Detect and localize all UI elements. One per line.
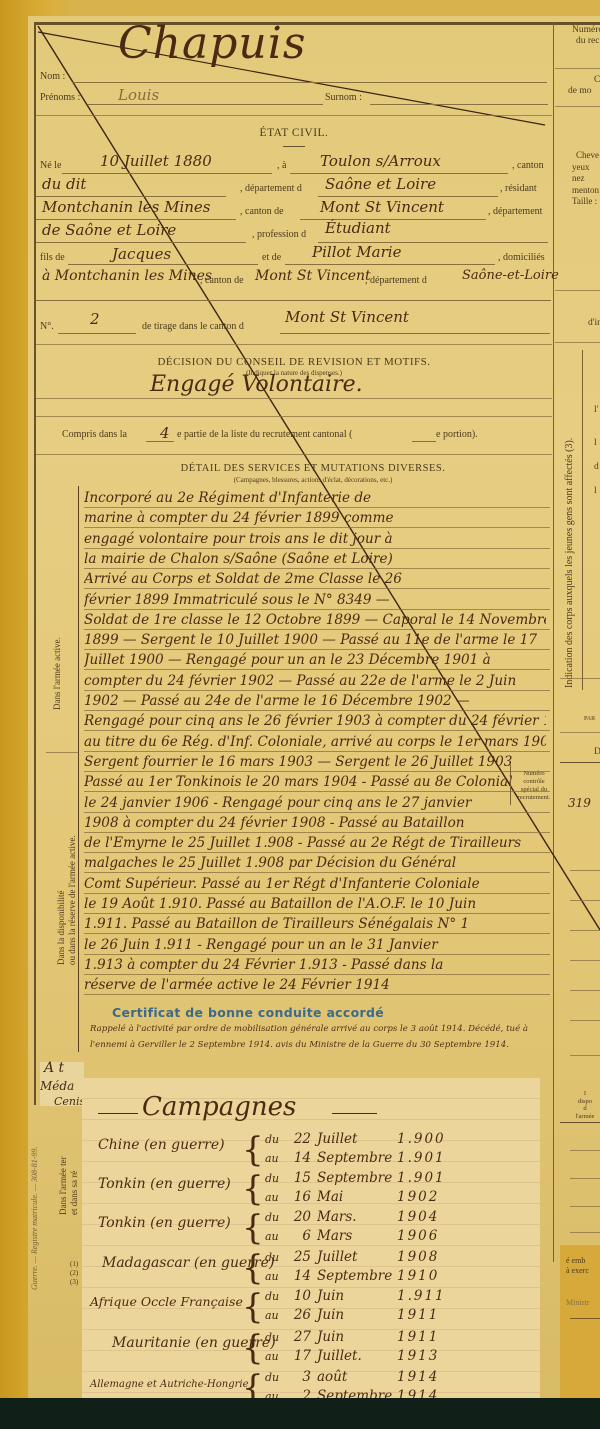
prenoms-value: Louis (118, 86, 159, 104)
service-line: au titre du 6e Rég. d'Inf. Coloniale, ar… (84, 732, 546, 752)
brace-icon: { (242, 1172, 264, 1206)
dark-background-edge (0, 1398, 600, 1429)
campaign-name: Allemagne et Autriche-Hongrie (90, 1379, 249, 1390)
service-line: de l'Emyrne le 25 Juillet 1.908 - Passé … (84, 833, 546, 853)
prenoms-label: Prénoms : (40, 92, 80, 103)
registry-print-mark: Guerre. — Registre matricule. — 308-81-9… (30, 1147, 39, 1290)
campaign-date-to: au16Mai1902 (265, 1189, 447, 1205)
service-line: la mairie de Chalon s/Saône (Saône et Lo… (84, 549, 546, 569)
service-line: Rengagé pour cinq ans le 26 février 1903… (84, 711, 546, 731)
disponibilite-label: I dispo d l'armée (565, 1090, 600, 1120)
service-line: Soldat de 1re classe le 12 Octobre 1899 … (84, 610, 546, 630)
service-line: engagé volontaire pour trois ans le dit … (84, 529, 546, 549)
service-line: 1899 — Sergent le 10 Juillet 1900 — Pass… (84, 630, 546, 650)
medal-fragment: Méda (40, 1079, 74, 1093)
campaign-name: Tonkin (en guerre) (98, 1215, 231, 1231)
service-line: le 26 Juin 1.911 - Rengagé pour un an le… (84, 935, 546, 955)
campaign-date-from: du27Juin1911 (265, 1329, 447, 1345)
campaign-date-from: du15Septembre1.901 (265, 1170, 447, 1186)
mother-name: Pillot Marie (312, 243, 401, 261)
birth-canton: du dit (42, 175, 86, 193)
tirage-number: 2 (90, 310, 100, 328)
service-line: Passé au 1er Tonkinois le 20 mars 1904 -… (84, 772, 546, 792)
campaign-date-to: au14Septembre1.901 (265, 1150, 447, 1166)
service-line: 1.913 à compter du 24 Février 1.913 - Pa… (84, 955, 546, 975)
mobilisation-note-2: l'ennemi à Gerviller le 2 Septembre 1914… (90, 1040, 509, 1050)
service-line: malgaches le 25 Juillet 1.908 par Décisi… (84, 853, 546, 873)
numero-controle-value: 319 (568, 796, 591, 810)
campaign-name: Chine (en guerre) (98, 1137, 225, 1153)
birth-date: 10 Juillet 1880 (100, 152, 212, 170)
father-name: Jacques (112, 245, 171, 263)
service-line: compter du 24 février 1902 — Passé au 22… (84, 671, 546, 691)
service-line: Comt Supérieur. Passé au 1er Régt d'Infa… (84, 874, 546, 894)
etat-civil-title: ÉTAT CIVIL. (36, 127, 552, 139)
service-line: réserve de l'armée active le 24 Février … (84, 975, 546, 995)
signalement: Cheve yeux nez menton Taille : (572, 150, 599, 208)
service-line: février 1899 Immatriculé sous le N° 8349… (84, 590, 546, 610)
campaign-name: Tonkin (en guerre) (98, 1176, 231, 1192)
service-line: 1.911. Passé au Bataillon de Tirailleurs… (84, 914, 546, 934)
compris-partie: 4 (160, 424, 170, 442)
margin-territoriale: Dans l'armée ter et dans sa ré (58, 1156, 80, 1215)
margin-reserve: Dans la disponibilité ou dans la réserve… (56, 835, 78, 965)
campaign-date-from: du10Juin1.911 (265, 1288, 447, 1304)
surnom-label: Surnom : (325, 92, 362, 103)
campaign-date-to: au14Septembre1910 (265, 1268, 447, 1284)
campaigns-title: Campagnes (142, 1092, 296, 1122)
numero-controle-label: Numéro contrôle spécial du recrutement. (512, 770, 556, 802)
service-line: Incorporé au 2e Régiment d'Infanterie de (84, 488, 546, 508)
service-line: Juillet 1900 — Rengagé pour un an le 23 … (84, 650, 546, 670)
margin-active: Dans l'armée active. (52, 637, 62, 710)
residence-departement: de Saône et Loire (42, 221, 176, 239)
campaign-date-from: du22Juillet1.900 (265, 1131, 447, 1147)
service-line: Arrivé au Corps et Soldat de 2me Classe … (84, 569, 546, 589)
nom-value: Chapuis (118, 18, 306, 69)
residence: Montchanin les Mines (42, 198, 211, 216)
campaigns-slip: Campagnes Chine (en guerre){du22Juillet1… (82, 1078, 540, 1414)
profession: Étudiant (325, 219, 391, 237)
campaign-date-from: du20Mars.1904 (265, 1209, 447, 1225)
mobilisation-note-1: Rappelé à l'activité par ordre de mobili… (90, 1024, 528, 1034)
campaign-name: Afrique Occle Française (90, 1294, 243, 1309)
campaign-date-to: au17Juillet.1913 (265, 1348, 447, 1364)
tirage-canton: Mont St Vincent (285, 308, 409, 326)
campaign-date-to: au26Juin1911 (265, 1307, 447, 1323)
campaign-date-from: du3août1914 (265, 1369, 447, 1385)
residence-canton: Mont St Vincent (320, 198, 444, 216)
brace-icon: { (242, 1251, 264, 1285)
services-title: DÉTAIL DES SERVICES ET MUTATIONS DIVERSE… (80, 463, 546, 474)
parents-domicile: à Montchanin les Mines (42, 268, 212, 284)
birth-place: Toulon s/Arroux (320, 152, 441, 170)
brace-icon: { (242, 1133, 264, 1167)
service-line: le 24 janvier 1906 - Rengagé pour cinq a… (84, 793, 546, 813)
brace-icon: { (242, 1290, 264, 1324)
parents-canton: Mont St Vincent (255, 268, 371, 284)
service-line: Sergent fourrier le 16 mars 1903 — Serge… (84, 752, 546, 772)
brace-icon: { (242, 1331, 264, 1365)
campaign-date-to: au6Mars1906 (265, 1228, 447, 1244)
decision-value: Engagé Volontaire. (150, 372, 363, 397)
services-subtitle: (Campagnes, blessures, actions d'éclat, … (80, 476, 546, 484)
decision-title: DÉCISION DU CONSEIL DE REVISION ET MOTIF… (36, 356, 552, 368)
service-line: le 19 Août 1.910. Passé au Bataillon de … (84, 894, 546, 914)
parents-departement: Saône-et-Loire (462, 268, 559, 283)
brace-icon: { (242, 1211, 264, 1245)
ne-le-label: Né le (40, 160, 61, 171)
nom-label: Nom : (40, 71, 65, 82)
corps-indication-label: Indication des corps auxquels les jeunes… (564, 438, 575, 688)
conduct-certificate-stamp: Certificat de bonne conduite accordé (112, 1005, 384, 1020)
campaign-date-from: du25Juillet1908 (265, 1249, 447, 1265)
service-line: marine à compter du 24 février 1899 comm… (84, 508, 546, 528)
service-line: 1902 — Passé au 24e de l'arme le 16 Déce… (84, 691, 546, 711)
birth-departement: Saône et Loire (325, 175, 436, 193)
service-line: 1908 à compter du 24 février 1908 - Pass… (84, 813, 546, 833)
margin-footnote-marks: (1) (2) (3) (70, 1260, 78, 1287)
